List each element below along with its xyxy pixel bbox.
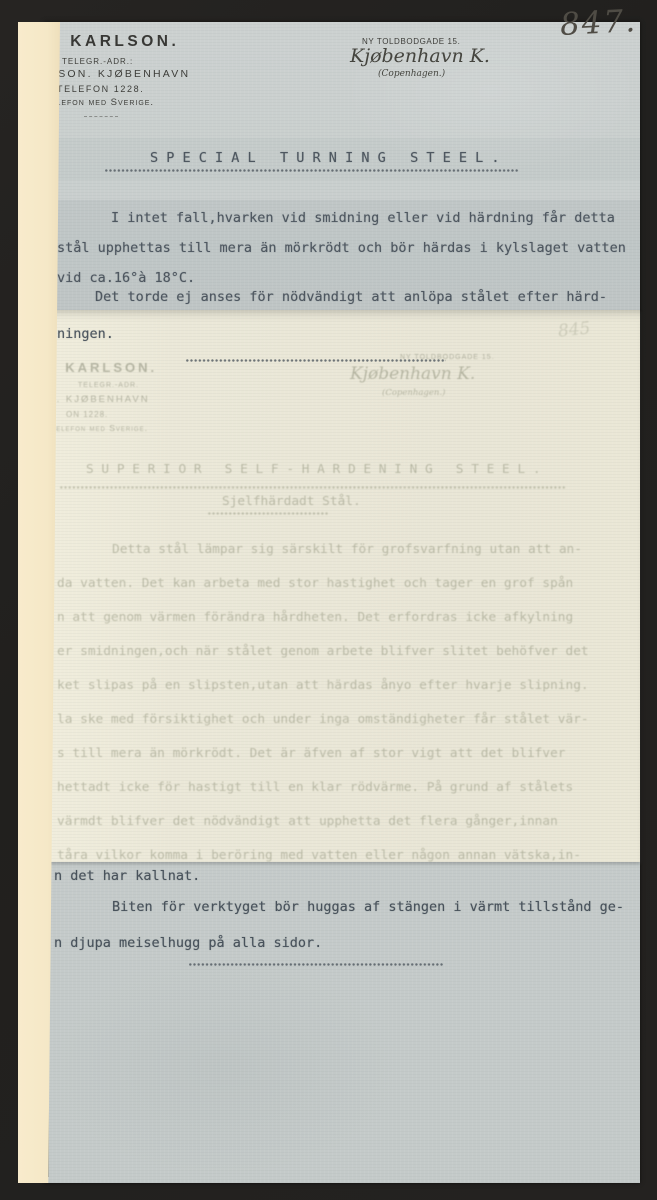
ghost-subtitle-underline bbox=[208, 512, 328, 515]
para1-line3: vid ca.16°à 18°C. bbox=[57, 270, 195, 286]
ghost-city-paren: (Copenhagen.) bbox=[382, 388, 445, 398]
ghost-body-line: la ske med försiktighet och under inga o… bbox=[57, 712, 589, 727]
continuation-line3: n djupa meiselhugg på alla sidor. bbox=[54, 935, 322, 951]
ghost-letterhead-sverige: Telefon med Sverige. bbox=[50, 423, 148, 433]
ghost-city-script: Kjøbenhavn K. bbox=[350, 364, 475, 384]
handwritten-archive-number: 847. bbox=[559, 3, 638, 43]
letterhead-telegr-label: TELEGR.-ADR.: bbox=[62, 57, 133, 66]
section-divider-dots bbox=[186, 359, 446, 362]
ghost-body-line: ket slipas på en slipsten,utan att härda… bbox=[57, 678, 589, 693]
ghost-body-line: tåra vilkor komma i beröring med vatten … bbox=[57, 848, 581, 862]
scanned-letter-page: . KARLSON. TELEGR.-ADR. SON. KJØBENHAVN … bbox=[0, 0, 657, 1200]
title-dotted-underline bbox=[105, 169, 519, 172]
letter-title: S P E C I A L T U R N I N G S T E E L . bbox=[150, 150, 500, 166]
letterhead-city-paren: (Copenhagen.) bbox=[378, 69, 445, 79]
ghost-body-line: n att genom värmen förändra hårdheten. D… bbox=[57, 610, 573, 625]
letterhead-telefon-sverige: Telefon med Sverige. bbox=[44, 97, 154, 108]
ghost-body-line: värmdt blifver det nödvändigt att upphet… bbox=[57, 814, 558, 829]
ghost-letterhead-telefon: ON 1228. bbox=[66, 410, 108, 419]
closing-divider-dots bbox=[189, 963, 443, 966]
para1-line1: I intet fall,hvarken vid smidning eller … bbox=[111, 210, 615, 226]
ghost-body-line: s till mera än mörkrödt. Det är äfven af… bbox=[57, 746, 566, 761]
letterhead-telefon: TELEFON 1228. bbox=[57, 84, 144, 94]
continuation-line1: n det har kallnat. bbox=[54, 868, 200, 884]
letterhead-rule bbox=[84, 116, 118, 117]
para2-line2: ningen. bbox=[57, 326, 114, 342]
ghost-title-underline bbox=[60, 486, 566, 489]
ghost-body-line: hettadt icke för hastigt till en klar rö… bbox=[57, 780, 573, 795]
ghost-letterhead-name: . KARLSON. bbox=[52, 360, 157, 375]
para1-line2: stål upphettas till mera än mörkrödt och… bbox=[57, 240, 626, 256]
ghost-annotation-number: 845 bbox=[557, 318, 591, 341]
continuation-line2: Biten för verktyget bör huggas af stänge… bbox=[112, 899, 624, 915]
ghost-subtitle: Sjelfhärdadt Stål. bbox=[222, 494, 361, 509]
second-letter-sheet: . KARLSON. TELEGR.-ADR. SON. KJØBENHAVN … bbox=[44, 310, 640, 862]
ghost-body-line: da vatten. Det kan arbeta med stor hasti… bbox=[57, 576, 573, 591]
ghost-letterhead-value: SON. KJØBENHAVN bbox=[44, 394, 150, 405]
ghost-body-line: Detta stål lämpar sig särskilt för grofs… bbox=[112, 542, 582, 557]
para2-line1: Det torde ej anses för nödvändigt att an… bbox=[95, 289, 607, 305]
letterhead-name: A. KARLSON. bbox=[40, 33, 179, 51]
bleed-through-ghost: . KARLSON. TELEGR.-ADR. SON. KJØBENHAVN … bbox=[44, 310, 640, 862]
ghost-title: S U P E R I O R S E L F - H A R D E N I … bbox=[86, 462, 541, 477]
ghost-body-line: er smidningen,och när stålet genom arbet… bbox=[57, 644, 589, 659]
letterhead-city-script: Kjøbenhavn K. bbox=[350, 45, 490, 67]
ghost-letterhead-telegr: TELEGR.-ADR. bbox=[78, 382, 139, 389]
